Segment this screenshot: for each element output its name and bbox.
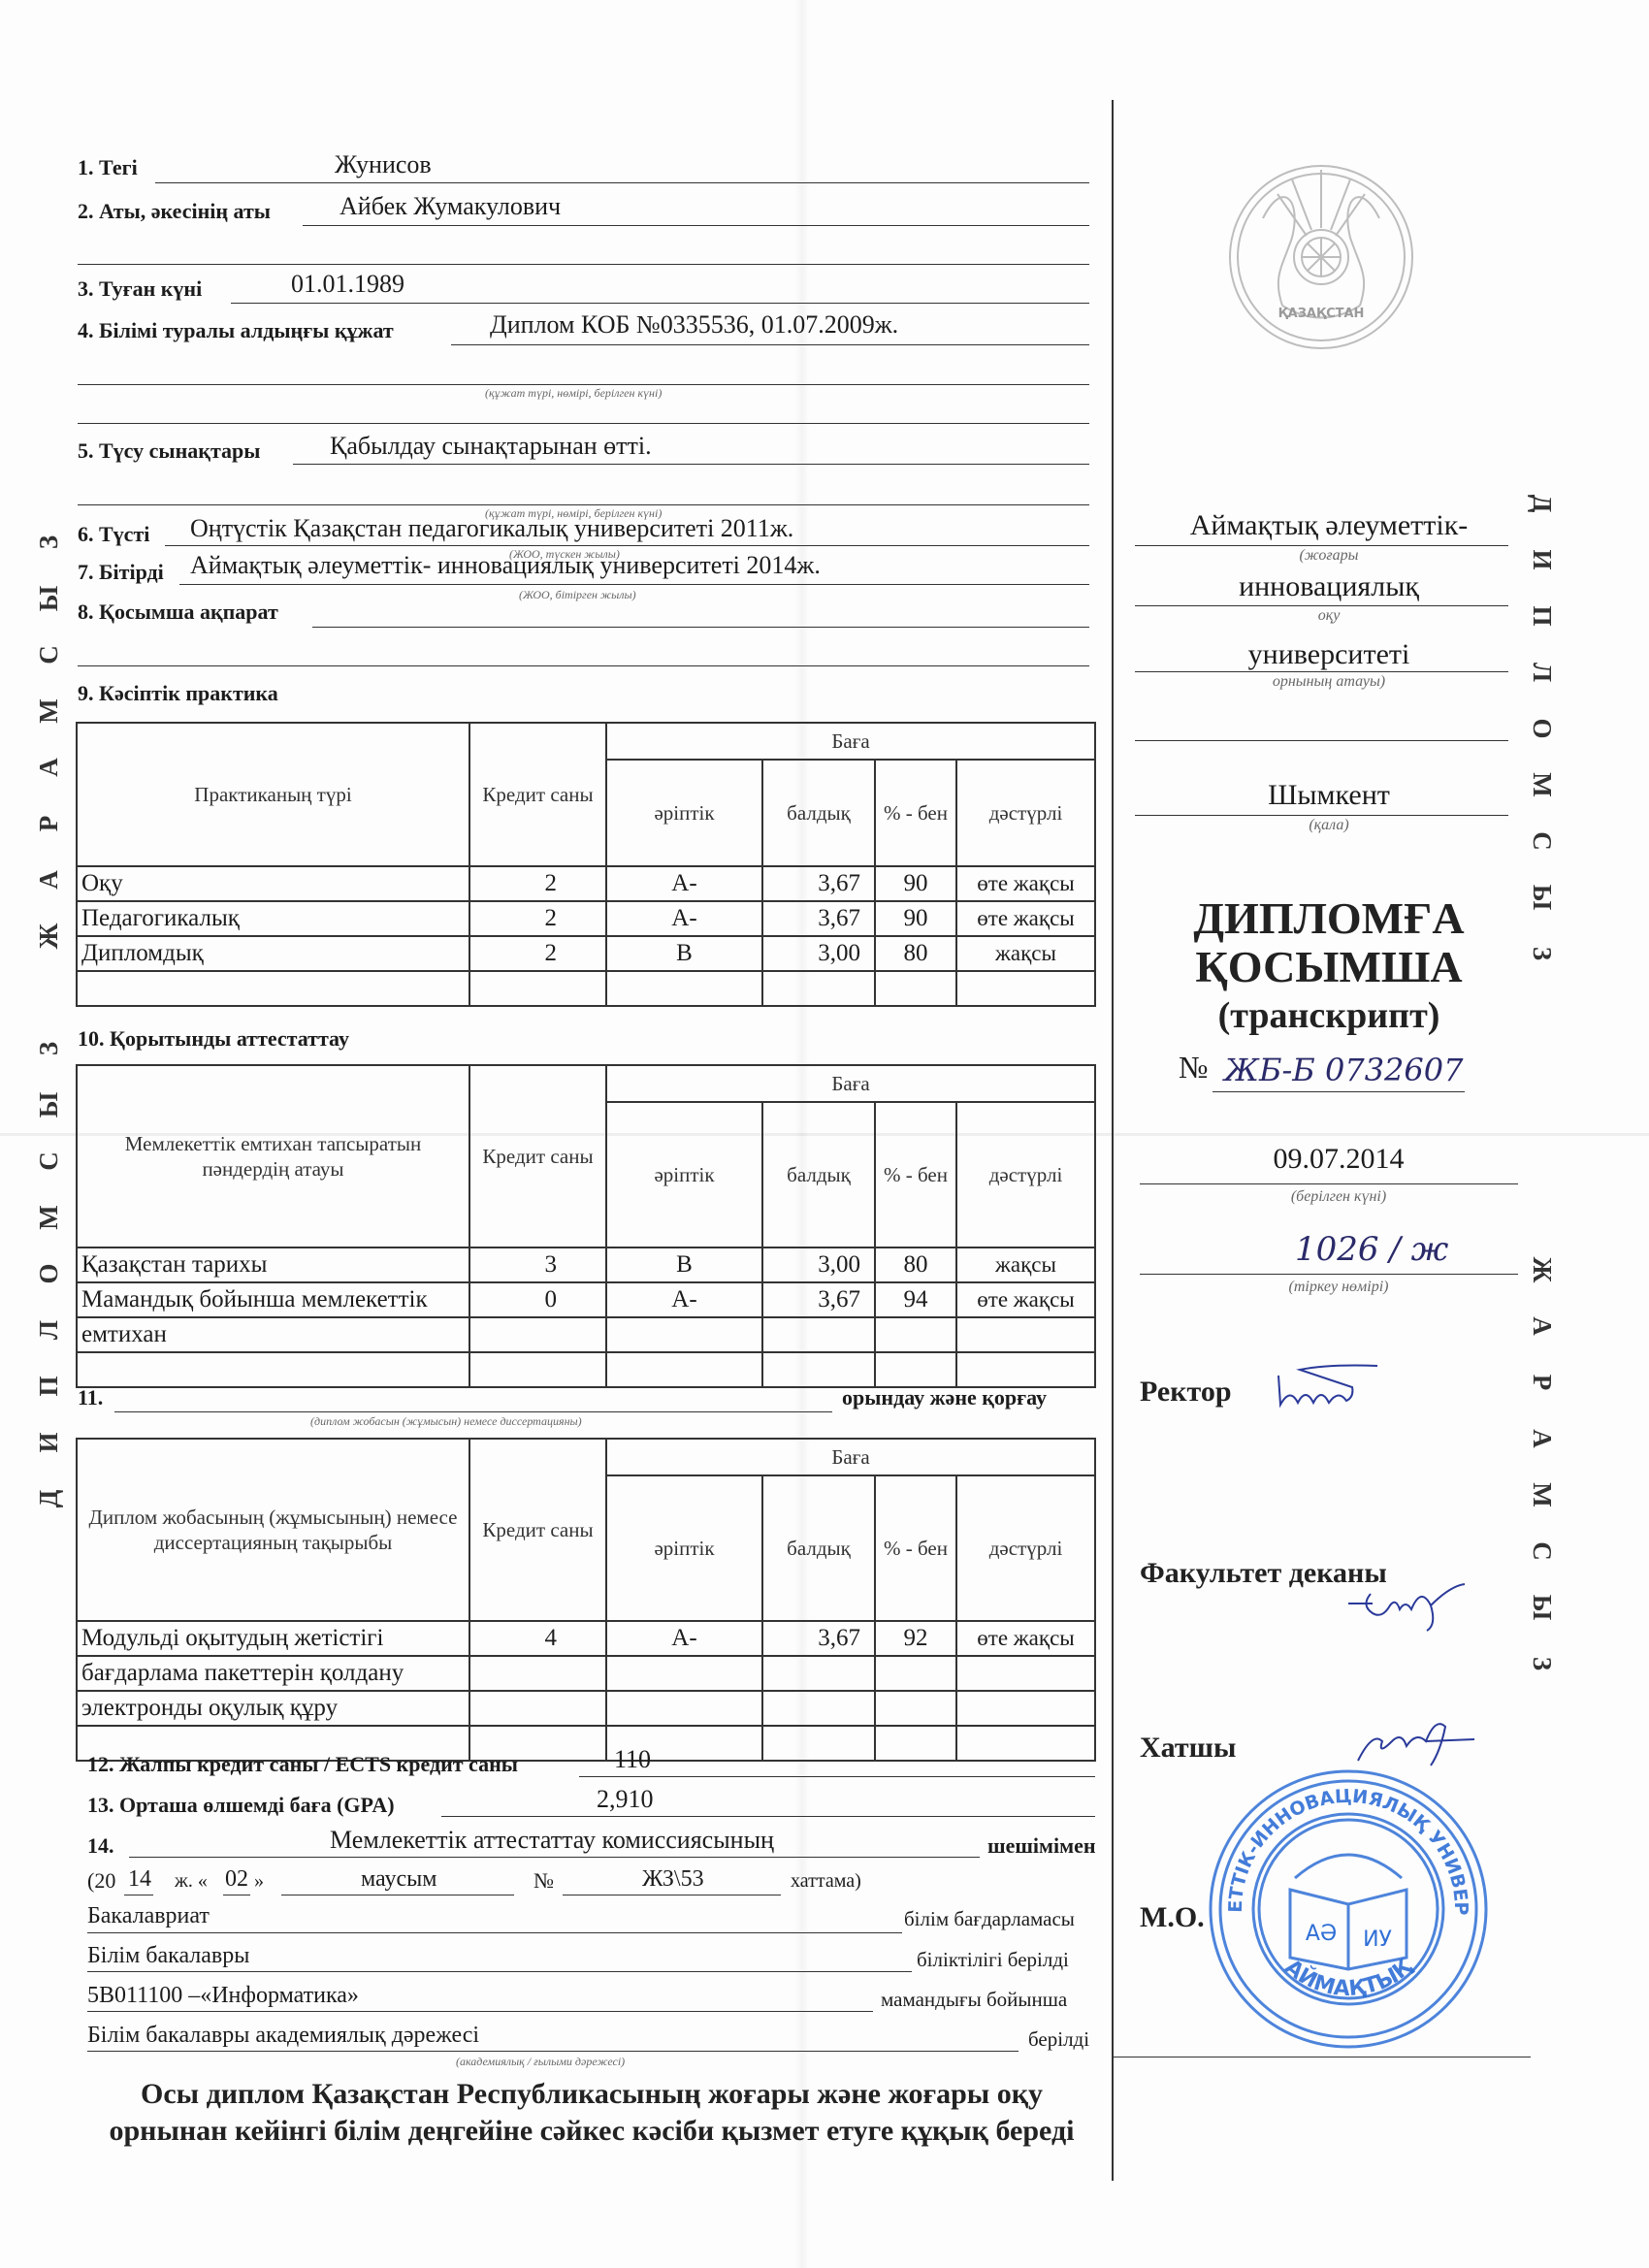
extra-underline xyxy=(312,627,1089,628)
vertical-letter: О xyxy=(1514,709,1570,748)
col-header-credits: Кредит саны xyxy=(469,723,606,866)
vertical-letter: А xyxy=(1514,1307,1570,1345)
graduated-caption: (ЖОО, бітірген жылы) xyxy=(519,588,636,602)
credits-label: 12. Жалпы кредит саны / ECTS кредит саны xyxy=(87,1752,518,1777)
vertical-letter: З xyxy=(1514,1644,1570,1683)
number-prefix: № xyxy=(1179,1050,1209,1085)
thesis-underline xyxy=(114,1411,832,1412)
cell-name: Педагогикалық xyxy=(77,901,469,936)
qualification-value: Білім бакалавры xyxy=(87,1943,249,1969)
rector-signature-icon xyxy=(1271,1358,1387,1416)
table-row: бағдарлама пакеттерін қолдану xyxy=(77,1656,1095,1691)
cell-percent xyxy=(875,971,956,1006)
cell-credits xyxy=(469,1317,606,1352)
table-row: Қазақстан тарихы3B3,0080жақсы xyxy=(77,1247,1095,1282)
secretary-label: Хатшы xyxy=(1140,1732,1236,1765)
institution-caption-2: оқу xyxy=(1135,607,1523,625)
document-title-1: ДИПЛОМҒА xyxy=(1125,892,1533,944)
col-header-grade: Баға xyxy=(606,1439,1095,1475)
cell-percent xyxy=(875,1726,956,1761)
cell-traditional xyxy=(956,1317,1095,1352)
cell-points: 3,67 xyxy=(762,901,875,936)
cell-name: бағдарлама пакеттерін қолдану xyxy=(77,1656,469,1691)
thesis-section-label: 11. xyxy=(78,1385,103,1410)
cell-letter xyxy=(606,1691,762,1726)
decision-underline xyxy=(129,1857,980,1858)
cell-traditional xyxy=(956,1726,1095,1761)
entrance-value: Қабылдау сынақтарынан өтті. xyxy=(330,432,652,461)
decision-suffix: шешімімен xyxy=(987,1833,1096,1859)
col-header-credits: Кредит саны xyxy=(469,1439,606,1621)
extra-underline-2 xyxy=(78,665,1089,666)
gpa-underline xyxy=(441,1816,1095,1817)
table-row: Мамандық бойынша мемлекеттік0A-3,6794өте… xyxy=(77,1282,1095,1317)
stamp-area-underline xyxy=(1114,2057,1531,2057)
program-value: Бакалавриат xyxy=(87,1903,210,1929)
graduated-label: 7. Бітірді xyxy=(78,560,164,585)
cell-points xyxy=(762,1352,875,1387)
program-underline xyxy=(87,1932,902,1933)
birth-label: 3. Туған күні xyxy=(78,276,202,302)
cell-points: 3,67 xyxy=(762,866,875,901)
program-suffix: білім бағдарламасы xyxy=(904,1907,1075,1931)
dean-signature-icon xyxy=(1343,1576,1479,1635)
vertical-letter: М xyxy=(1514,1475,1570,1514)
credits-value: 110 xyxy=(614,1745,651,1774)
name-label: 2. Аты, әкесінің аты xyxy=(78,199,271,224)
surname-value: Жунисов xyxy=(335,150,432,179)
stamp-place-label: М.О. xyxy=(1140,1901,1205,1934)
table-row: емтихан xyxy=(77,1317,1095,1352)
cell-points: 3,67 xyxy=(762,1282,875,1317)
vertical-letter: З xyxy=(20,523,77,562)
footer-line-1: Осы диплом Қазақстан Республикасының жоғ… xyxy=(78,2076,1106,2113)
col-header-percent: % - бен xyxy=(875,760,956,866)
vertical-letter: Ж xyxy=(20,917,77,956)
cell-name: электронды оқулық құру xyxy=(77,1691,469,1726)
document-subtitle: (транскрипт) xyxy=(1125,994,1533,1037)
cell-letter: A- xyxy=(606,1621,762,1656)
cell-percent xyxy=(875,1656,956,1691)
vertical-letter: Л xyxy=(20,1311,77,1349)
col-header-letter: әріптік xyxy=(606,760,762,866)
prev-doc-underline xyxy=(451,344,1089,345)
col-header-letter: әріптік xyxy=(606,1102,762,1247)
city-underline xyxy=(1135,815,1508,816)
graduated-value: Аймақтық әлеуметтік- инновациялық универ… xyxy=(190,551,821,580)
issue-date-underline xyxy=(1140,1183,1518,1184)
prev-doc-underline-2 xyxy=(78,384,1089,385)
cell-percent: 92 xyxy=(875,1621,956,1656)
issue-date-caption: (берілген күні) xyxy=(1145,1188,1533,1206)
birth-underline xyxy=(231,303,1089,304)
institution-underline-1 xyxy=(1135,545,1508,546)
vertical-text-right-bottom: ЖАРАМСЫЗ xyxy=(1523,1242,1562,1692)
footer-statement: Осы диплом Қазақстан Республикасының жоғ… xyxy=(78,2076,1106,2150)
protocol-no: ЖЗ\53 xyxy=(642,1866,704,1893)
attestation-table: Мемлекеттік емтихан тапсыратын пәндердің… xyxy=(76,1064,1096,1388)
table-row xyxy=(77,971,1095,1006)
cell-credits xyxy=(469,1656,606,1691)
cell-credits: 0 xyxy=(469,1282,606,1317)
col-header-traditional: дәстүрлі xyxy=(956,760,1095,866)
attestation-section-label: 10. Қорытынды аттестаттау xyxy=(78,1026,349,1052)
cell-name xyxy=(77,1352,469,1387)
cell-letter: B xyxy=(606,936,762,971)
col-header-percent: % - бен xyxy=(875,1475,956,1621)
thesis-suffix: орындау және қорғау xyxy=(842,1385,1047,1410)
institution-caption-3: орнының атауы) xyxy=(1135,673,1523,691)
table-row: Педагогикалық2A-3,6790өте жақсы xyxy=(77,901,1095,936)
qualification-underline xyxy=(87,1971,912,1972)
degree-underline xyxy=(87,2051,1018,2052)
issue-date-value: 09.07.2014 xyxy=(1145,1143,1533,1176)
qualification-suffix: біліктілігі берілді xyxy=(917,1948,1069,1972)
cell-points: 3,00 xyxy=(762,1247,875,1282)
degree-suffix: берілді xyxy=(1028,2027,1089,2052)
transcript-page: ЗЫСМАРАЖ ЗЫСМОЛПИД ДИПЛОМСЫЗ ЖАРАМСЫЗ 1.… xyxy=(0,0,1649,2268)
cell-traditional: жақсы xyxy=(956,936,1095,971)
svg-text:ИУ: ИУ xyxy=(1363,1928,1392,1952)
city-caption: (қала) xyxy=(1135,817,1523,834)
cell-traditional: өте жақсы xyxy=(956,866,1095,901)
institution-underline-4 xyxy=(1135,740,1508,741)
vertical-letter: Ы xyxy=(20,579,77,618)
cell-name: Оқу xyxy=(77,866,469,901)
practice-section-label: 9. Кәсіптік практика xyxy=(78,681,278,706)
cell-percent: 80 xyxy=(875,936,956,971)
vertical-letter: Д xyxy=(20,1479,77,1518)
degree-caption: (академиялық / ғылыми дәрежесі) xyxy=(456,2055,625,2069)
cell-points xyxy=(762,1656,875,1691)
entrance-underline-2 xyxy=(78,504,1089,505)
cell-name: Мамандық бойынша мемлекеттік xyxy=(77,1282,469,1317)
vertical-letter: П xyxy=(20,1367,77,1406)
cell-points xyxy=(762,1726,875,1761)
vertical-text-left: ЗЫСМАРАЖ ЗЫСМОЛПИД xyxy=(29,514,68,1527)
cell-name: Модульді оқытудың жетістігі xyxy=(77,1621,469,1656)
footer-line-2: орнынан кейінгі білім деңгейіне сәйкес к… xyxy=(78,2113,1106,2150)
cell-credits: 2 xyxy=(469,901,606,936)
specialty-suffix: мамандығы бойынша xyxy=(881,1988,1067,2012)
svg-text:АӘ: АӘ xyxy=(1306,1922,1337,1946)
secretary-signature-icon xyxy=(1353,1712,1479,1770)
number-underline xyxy=(1212,1091,1465,1092)
rector-label: Ректор xyxy=(1140,1376,1232,1409)
col-header-credits: Кредит саны xyxy=(469,1065,606,1247)
protocol-prefix: (20 xyxy=(87,1868,115,1894)
protocol-day: 02 xyxy=(225,1866,248,1893)
name-underline xyxy=(303,225,1089,226)
page-divider xyxy=(1112,100,1114,2181)
cell-credits xyxy=(469,971,606,1006)
thesis-table: Диплом жобасының (жұмысының) немесе дисс… xyxy=(76,1438,1096,1762)
vertical-letter: М xyxy=(20,692,77,730)
specialty-value: 5В011100 –«Информатика» xyxy=(87,1983,359,2009)
svg-text:ҚАЗАҚСТАН: ҚАЗАҚСТАН xyxy=(1278,307,1365,321)
surname-underline xyxy=(155,182,1089,183)
cell-points xyxy=(762,1317,875,1352)
col-header-name: Мемлекеттік емтихан тапсыратын пәндердің… xyxy=(77,1065,469,1247)
enrolled-value: Оңтүстік Қазақстан педагогикалық универс… xyxy=(190,514,793,543)
vertical-letter: Р xyxy=(1514,1363,1570,1402)
enrolled-underline xyxy=(165,545,1089,546)
cell-traditional xyxy=(956,1691,1095,1726)
thesis-caption: (диплом жобасын (жұмысын) немесе диссерт… xyxy=(310,1414,582,1429)
protocol-month: маусым xyxy=(361,1866,436,1893)
vertical-letter: Ы xyxy=(1514,1588,1570,1627)
institution-caption-1: (жоғары xyxy=(1135,547,1523,565)
vertical-letter: И xyxy=(20,1423,77,1462)
cell-points: 3,00 xyxy=(762,936,875,971)
col-header-name: Практиканың түрі xyxy=(77,723,469,866)
col-header-points: балдық xyxy=(762,1102,875,1247)
reg-number-caption: (тіркеу нөмірі) xyxy=(1145,1279,1533,1296)
city-value: Шымкент xyxy=(1135,779,1523,812)
cell-credits: 4 xyxy=(469,1621,606,1656)
institution-underline-3 xyxy=(1135,671,1508,672)
institution-line-1: Аймақтық әлеуметтік- xyxy=(1135,509,1523,542)
col-header-grade: Баға xyxy=(606,723,1095,760)
extra-label: 8. Қосымша ақпарат xyxy=(78,599,278,625)
cell-letter xyxy=(606,971,762,1006)
entrance-underline xyxy=(293,464,1089,465)
name-underline-2 xyxy=(78,264,1089,265)
cell-percent: 80 xyxy=(875,1247,956,1282)
cell-percent xyxy=(875,1352,956,1387)
protocol-no-label: № xyxy=(533,1868,554,1894)
gpa-value: 2,910 xyxy=(597,1785,654,1814)
cell-points xyxy=(762,1691,875,1726)
cell-letter: A- xyxy=(606,901,762,936)
cell-name: Дипломдық xyxy=(77,936,469,971)
table-row: электронды оқулық құру xyxy=(77,1691,1095,1726)
col-header-traditional: дәстүрлі xyxy=(956,1475,1095,1621)
institution-line-2: инновациялық xyxy=(1135,570,1523,603)
cell-letter xyxy=(606,1352,762,1387)
cell-letter xyxy=(606,1656,762,1691)
vertical-letter: Ы xyxy=(20,1085,77,1124)
enrolled-label: 6. Түсті xyxy=(78,522,149,547)
vertical-letter xyxy=(20,973,77,1012)
surname-label: 1. Тегі xyxy=(78,155,138,180)
col-header-traditional: дәстүрлі xyxy=(956,1102,1095,1247)
vertical-letter: Р xyxy=(20,804,77,843)
cell-percent: 90 xyxy=(875,901,956,936)
specialty-underline xyxy=(87,2011,873,2012)
credits-underline xyxy=(579,1776,1095,1777)
cell-points xyxy=(762,971,875,1006)
table-row xyxy=(77,1352,1095,1387)
institution-underline-2 xyxy=(1135,605,1508,606)
protocol-year-underline xyxy=(124,1895,153,1895)
protocol-year-suffix: ж. « xyxy=(175,1870,208,1893)
table-row: Дипломдық2B3,0080жақсы xyxy=(77,936,1095,971)
col-header-points: балдық xyxy=(762,1475,875,1621)
vertical-letter: С xyxy=(20,1142,77,1181)
entrance-label: 5. Түсу сынақтары xyxy=(78,438,260,464)
cell-credits xyxy=(469,1352,606,1387)
cell-traditional xyxy=(956,1656,1095,1691)
protocol-year: 14 xyxy=(128,1866,151,1893)
cell-traditional: өте жақсы xyxy=(956,1621,1095,1656)
cell-letter: B xyxy=(606,1247,762,1282)
cell-credits: 2 xyxy=(469,936,606,971)
cell-name xyxy=(77,971,469,1006)
cell-traditional xyxy=(956,971,1095,1006)
vertical-letter: А xyxy=(20,748,77,787)
kazakhstan-emblem-icon: ҚАЗАҚСТАН xyxy=(1224,160,1418,354)
svg-text:ӘЛЕУМЕТТІК-ИННОВАЦИЯЛЫҚ УНИВЕР: ӘЛЕУМЕТТІК-ИННОВАЦИЯЛЫҚ УНИВЕРСИТЕТІ xyxy=(1203,1764,1471,1916)
name-value: Айбек Жумакулович xyxy=(339,192,561,221)
birth-value: 01.01.1989 xyxy=(291,270,404,299)
vertical-letter: А xyxy=(20,860,77,899)
cell-points: 3,67 xyxy=(762,1621,875,1656)
cell-traditional: өте жақсы xyxy=(956,901,1095,936)
cell-traditional: өте жақсы xyxy=(956,1282,1095,1317)
cell-credits: 2 xyxy=(469,866,606,901)
prev-doc-value: Диплом КОБ №0335536, 01.07.2009ж. xyxy=(490,310,898,340)
cell-percent xyxy=(875,1317,956,1352)
col-header-letter: әріптік xyxy=(606,1475,762,1621)
prev-doc-label: 4. Білімі туралы алдыңғы құжат xyxy=(78,318,394,343)
table-row: Оқу2A-3,6790өте жақсы xyxy=(77,866,1095,901)
prev-doc-caption: (құжат түрі, нөмірі, берілген күні) xyxy=(485,386,662,401)
cell-letter: A- xyxy=(606,1282,762,1317)
decision-value: Мемлекеттік аттестаттау комиссиясының xyxy=(330,1826,774,1855)
cell-traditional xyxy=(956,1352,1095,1387)
vertical-letter: А xyxy=(1514,1419,1570,1458)
vertical-letter: С xyxy=(20,635,77,674)
decision-label: 14. xyxy=(87,1833,114,1859)
cell-traditional: жақсы xyxy=(956,1247,1095,1282)
degree-value: Білім бакалавры академиялық дәрежесі xyxy=(87,2023,479,2049)
cell-percent: 90 xyxy=(875,866,956,901)
prev-doc-underline-3 xyxy=(78,423,1089,424)
protocol-day-suffix: » xyxy=(254,1870,264,1893)
cell-percent: 94 xyxy=(875,1282,956,1317)
vertical-letter: З xyxy=(20,1029,77,1068)
col-header-grade: Баға xyxy=(606,1065,1095,1102)
cell-credits xyxy=(469,1691,606,1726)
document-title-2: ҚОСЫМША xyxy=(1125,941,1533,992)
number-value: ЖБ-Б 0732607 xyxy=(1224,1052,1463,1088)
col-header-name: Диплом жобасының (жұмысының) немесе дисс… xyxy=(77,1439,469,1621)
protocol-month-underline xyxy=(281,1895,514,1895)
protocol-day-underline xyxy=(223,1895,250,1895)
table-row: Модульді оқытудың жетістігі4A-3,6792өте … xyxy=(77,1621,1095,1656)
institution-line-3: университеті xyxy=(1135,638,1523,671)
cell-letter xyxy=(606,1317,762,1352)
cell-percent xyxy=(875,1691,956,1726)
protocol-suffix: хаттама) xyxy=(791,1870,861,1893)
practice-table: Практиканың түріКредит саныБағаәріптікба… xyxy=(76,722,1096,1007)
cell-name: емтихан xyxy=(77,1317,469,1352)
gpa-label: 13. Орташа өлшемді баға (GPA) xyxy=(87,1793,395,1818)
cell-credits: 3 xyxy=(469,1247,606,1282)
reg-number-value: 1026 / ж xyxy=(1295,1230,1448,1269)
vertical-letter: О xyxy=(20,1254,77,1293)
cell-name: Қазақстан тарихы xyxy=(77,1247,469,1282)
protocol-no-underline xyxy=(563,1895,781,1895)
vertical-letter: С xyxy=(1514,1532,1570,1571)
col-header-percent: % - бен xyxy=(875,1102,956,1247)
col-header-points: балдық xyxy=(762,760,875,866)
vertical-letter: М xyxy=(20,1198,77,1237)
graduated-underline xyxy=(179,584,1089,585)
university-stamp-icon: ӘЛЕУМЕТТІК-ИННОВАЦИЯЛЫҚ УНИВЕРСИТЕТІ АЙМ… xyxy=(1203,1764,1494,2055)
cell-letter: A- xyxy=(606,866,762,901)
reg-number-underline xyxy=(1140,1274,1518,1275)
